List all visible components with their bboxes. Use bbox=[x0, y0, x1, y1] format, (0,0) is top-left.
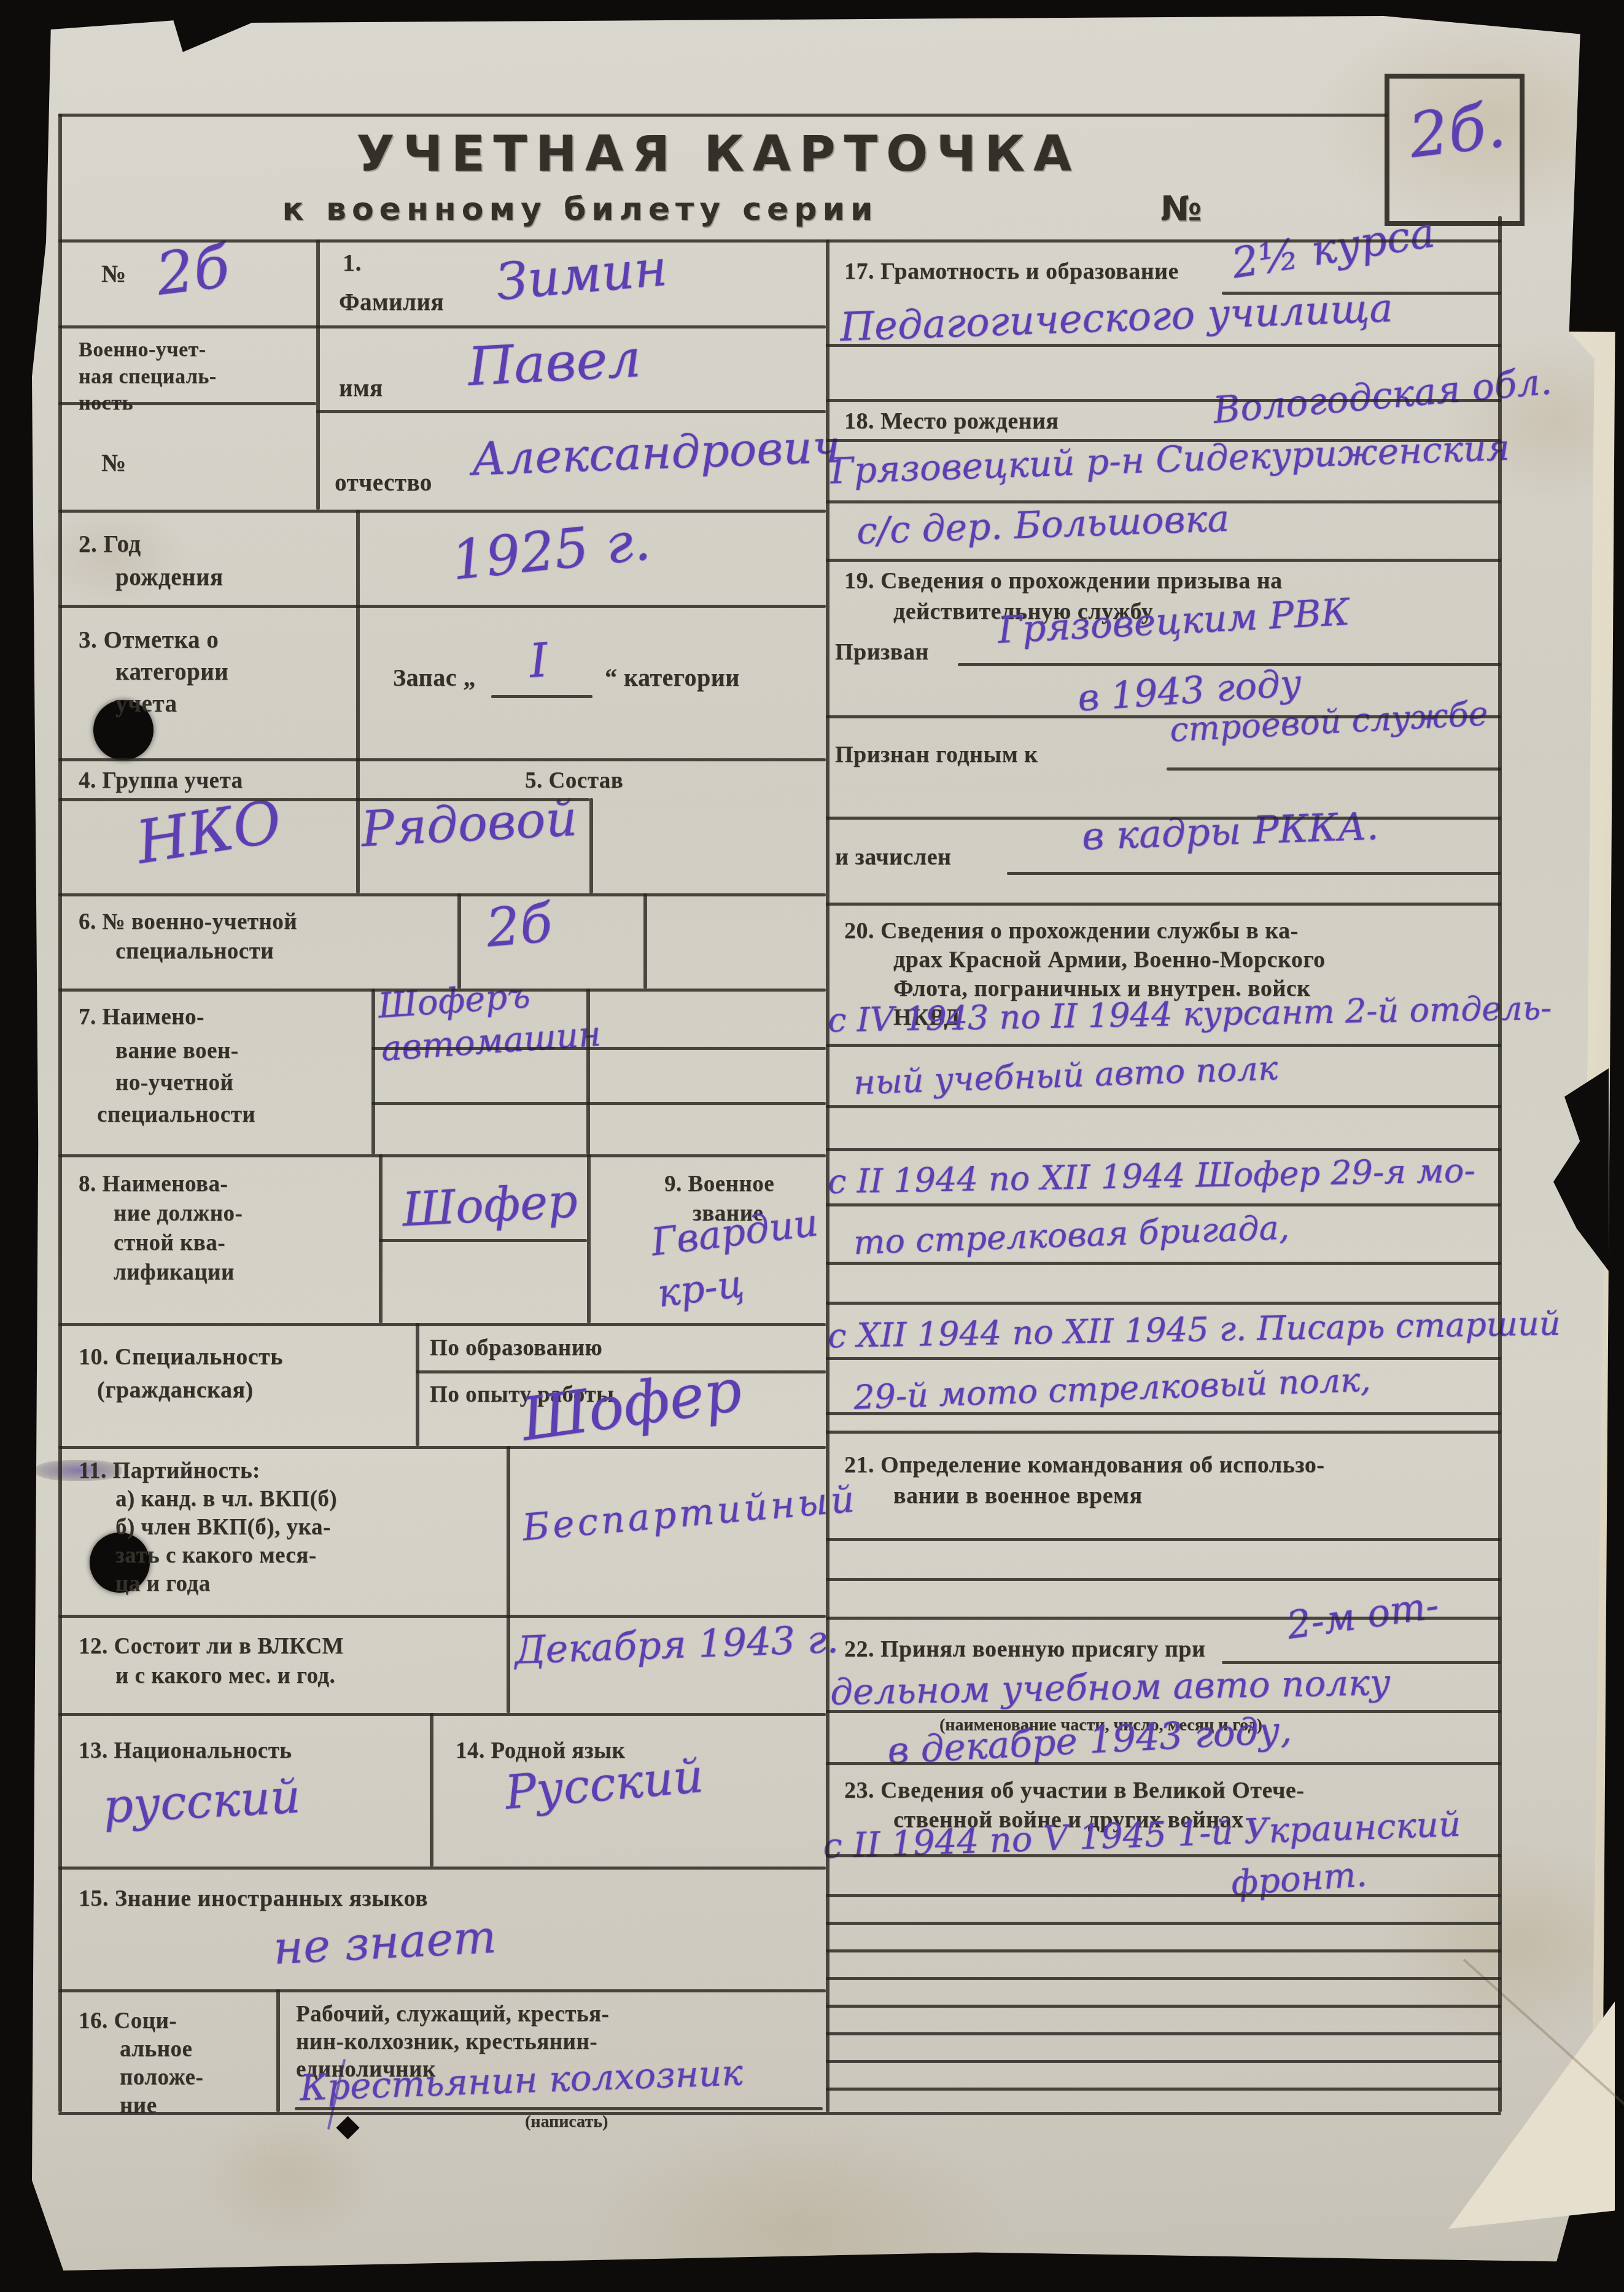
table-rule-horizontal bbox=[58, 402, 316, 405]
table-rule-horizontal bbox=[58, 605, 826, 608]
table-rule-horizontal bbox=[58, 1867, 826, 1870]
table-rule-horizontal bbox=[1222, 292, 1501, 295]
table-rule-horizontal bbox=[58, 1989, 826, 1992]
by-education-label: По образованию bbox=[430, 1334, 602, 1362]
table-rule-horizontal bbox=[826, 1617, 1501, 1620]
field20-label-line1: 20. Сведения о прохождении службы в ка- bbox=[844, 916, 1299, 946]
table-rule-horizontal bbox=[1222, 1661, 1501, 1664]
field11-label-line1: 11. Партийность: bbox=[79, 1456, 260, 1485]
table-rule-horizontal bbox=[826, 1262, 1501, 1265]
reg-no-label: № bbox=[101, 258, 126, 289]
field16-label-line4: ние bbox=[120, 2091, 157, 2120]
table-rule-vertical bbox=[316, 239, 320, 510]
table-rule-vertical bbox=[507, 1446, 510, 1713]
field18-label: 18. Место рождения bbox=[844, 406, 1059, 437]
field12-label-line1: 12. Состоит ли в ВЛКСМ bbox=[79, 1632, 344, 1661]
field3-label-line1: 3. Отметка о bbox=[79, 625, 219, 656]
table-rule-vertical bbox=[457, 893, 461, 989]
table-rule-horizontal bbox=[826, 817, 1501, 820]
table-rule-horizontal bbox=[826, 903, 1501, 906]
field2-label-line1: 2. Год bbox=[79, 529, 141, 560]
series-number-sign: № bbox=[1160, 187, 1207, 231]
field8-label-line1: 8. Наименова- bbox=[79, 1170, 228, 1198]
table-rule-horizontal bbox=[58, 114, 1388, 117]
table-rule-horizontal bbox=[371, 1047, 826, 1050]
field16-label-line1: 16. Соци- bbox=[79, 2006, 177, 2035]
table-rule-horizontal bbox=[826, 1203, 1501, 1206]
table-rule-vertical bbox=[826, 239, 829, 2112]
patronymic-label: отчество bbox=[335, 468, 432, 499]
table-rule-horizontal bbox=[58, 989, 826, 992]
table-rule-vertical bbox=[586, 989, 590, 1154]
table-rule-horizontal bbox=[826, 399, 1501, 402]
table-rule-vertical bbox=[58, 114, 62, 2112]
table-rule-horizontal bbox=[58, 239, 1501, 243]
field21-label-line1: 21. Определение командования об использо… bbox=[844, 1450, 1325, 1480]
table-rule-horizontal bbox=[826, 1949, 1501, 1952]
zapas-label: Запас „ bbox=[393, 662, 476, 693]
table-rule-horizontal bbox=[58, 1323, 826, 1326]
table-rule-horizontal bbox=[58, 1615, 826, 1618]
table-rule-horizontal bbox=[958, 663, 1501, 666]
field17-label: 17. Грамотность и образование bbox=[844, 257, 1179, 287]
table-rule-horizontal bbox=[58, 510, 826, 513]
field7-label-line1: 7. Наимено- bbox=[79, 1002, 204, 1033]
field10-label-line2: (гражданская) bbox=[97, 1375, 254, 1405]
card-title: УЧЕТНАЯ КАРТОЧКА bbox=[58, 123, 1378, 185]
table-rule-vertical bbox=[276, 1989, 280, 2112]
table-rule-horizontal bbox=[826, 439, 1501, 442]
table-rule-horizontal bbox=[826, 1044, 1501, 1047]
table-rule-vertical bbox=[643, 893, 647, 989]
vus-number-value: 2б bbox=[484, 891, 555, 962]
table-rule-horizontal bbox=[826, 1922, 1501, 1925]
table-rule-horizontal bbox=[379, 1239, 587, 1242]
kategorii-label: “ категории bbox=[605, 662, 740, 693]
table-rule-horizontal bbox=[826, 715, 1501, 718]
military-rank-value: Гвардии кр-ц bbox=[648, 1197, 827, 1319]
table-rule-horizontal bbox=[58, 893, 826, 896]
field8-label-line3: стной ква- bbox=[114, 1229, 225, 1257]
field6-label-line2: специальности bbox=[115, 937, 274, 966]
table-rule-vertical bbox=[589, 798, 593, 893]
field7-label-line2: вание воен- bbox=[115, 1036, 239, 1065]
zachislen-label: и зачислен bbox=[835, 842, 951, 872]
table-rule-horizontal bbox=[826, 1894, 1501, 1897]
table-rule-horizontal bbox=[826, 1854, 1501, 1857]
field11-label-line3: б) член ВКП(б), ука- bbox=[115, 1513, 331, 1542]
table-rule-horizontal bbox=[826, 1302, 1501, 1305]
table-rule-horizontal bbox=[58, 758, 826, 761]
field12-label-line2: и с какого мес. и год. bbox=[115, 1661, 335, 1690]
field9-label-line1: 9. Военное bbox=[664, 1170, 774, 1198]
scanned-military-card: УЧЕТНАЯ КАРТОЧКА к военному билету серии… bbox=[0, 0, 1624, 2292]
godnym-label: Признан годным к bbox=[835, 740, 1038, 770]
table-rule-vertical bbox=[587, 1154, 591, 1323]
surname-label: Фамилия bbox=[339, 287, 444, 318]
table-rule-horizontal bbox=[826, 500, 1501, 503]
field15-label: 15. Знание иностранных языков bbox=[79, 1884, 428, 1914]
table-rule-vertical bbox=[356, 510, 360, 893]
field11-label-line5: ца и года bbox=[115, 1569, 211, 1598]
vus-box-number-sign: № bbox=[101, 447, 126, 478]
table-rule-horizontal bbox=[826, 1578, 1501, 1581]
table-rule-horizontal bbox=[58, 2112, 1501, 2115]
table-rule-horizontal bbox=[416, 1370, 826, 1373]
table-rule-horizontal bbox=[58, 1154, 826, 1157]
field10-label-line1: 10. Специальность bbox=[79, 1342, 283, 1372]
table-rule-horizontal bbox=[316, 410, 826, 413]
reg-no-value: 2б bbox=[152, 230, 233, 311]
table-rule-horizontal bbox=[826, 1412, 1501, 1415]
field1-number: 1. bbox=[343, 247, 362, 278]
qualification-value: Шофер bbox=[401, 1171, 579, 1239]
table-rule-horizontal bbox=[58, 325, 826, 328]
field8-label-line4: лификации bbox=[114, 1258, 235, 1287]
field21-label-line2: вании в военное время bbox=[893, 1481, 1142, 1511]
field3-label-line3: учета bbox=[115, 689, 177, 720]
table-rule-horizontal bbox=[826, 1538, 1501, 1541]
field16-label-line3: положе- bbox=[120, 2063, 203, 2092]
field11-label-line4: зать с какого меся- bbox=[115, 1541, 317, 1570]
table-rule-horizontal bbox=[826, 1977, 1501, 1980]
name-value: Павел bbox=[466, 326, 642, 401]
field4-label: 4. Группа учета bbox=[79, 766, 243, 795]
field16-label-line2: альное bbox=[120, 2035, 192, 2064]
field7-label-line3: но-учетной bbox=[115, 1068, 233, 1097]
table-rule-horizontal bbox=[1007, 872, 1501, 875]
field22-label: 22. Принял военную присягу при bbox=[844, 1634, 1205, 1665]
table-rule-horizontal bbox=[58, 798, 589, 801]
field8-label-line2: ние должно- bbox=[114, 1199, 243, 1228]
name-label: имя bbox=[339, 373, 383, 404]
table-rule-vertical bbox=[371, 989, 375, 1154]
table-rule-horizontal bbox=[58, 1713, 826, 1716]
table-rule-horizontal bbox=[826, 1762, 1501, 1765]
field11-label-line2: а) канд. в чл. ВКП(б) bbox=[115, 1485, 337, 1513]
table-rule-vertical bbox=[1498, 216, 1502, 2112]
zapas-blank-rule bbox=[491, 695, 592, 698]
table-rule-horizontal bbox=[826, 1105, 1501, 1108]
field19-label-line1: 19. Сведения о прохождении призыва на bbox=[844, 566, 1283, 596]
table-rule-horizontal bbox=[826, 2060, 1501, 2063]
table-rule-vertical bbox=[379, 1154, 383, 1323]
table-rule-horizontal bbox=[826, 1431, 1501, 1434]
table-rule-vertical bbox=[416, 1323, 419, 1446]
table-rule-horizontal bbox=[826, 344, 1501, 347]
prizvan-label: Призван bbox=[835, 637, 929, 667]
table-rule-horizontal bbox=[826, 559, 1501, 562]
foreign-languages-value: не знает bbox=[272, 1909, 498, 1977]
vus-name-value: Шоферъ автомашин bbox=[377, 970, 603, 1071]
field23-label-line1: 23. Сведения об участии в Великой Отече- bbox=[844, 1776, 1304, 1806]
table-rule-horizontal bbox=[58, 1446, 826, 1449]
table-rule-horizontal bbox=[826, 1148, 1501, 1151]
table-rule-vertical bbox=[430, 1713, 433, 1867]
table-rule-horizontal bbox=[826, 1357, 1501, 1360]
field13-label: 13. Национальность bbox=[79, 1736, 292, 1765]
table-rule-horizontal bbox=[826, 1710, 1501, 1713]
card-subtitle: к военному билету серии bbox=[58, 189, 1102, 230]
table-rule-horizontal bbox=[1167, 767, 1501, 771]
table-rule-horizontal bbox=[295, 2107, 823, 2110]
card-paper bbox=[32, 16, 1604, 2271]
field7-label-line4: специальности bbox=[97, 1100, 255, 1129]
nationality-value: русский bbox=[102, 1767, 302, 1836]
table-rule-horizontal bbox=[826, 2032, 1501, 2035]
field6-label-line1: 6. № военно-учетной bbox=[79, 907, 297, 936]
table-rule-horizontal bbox=[371, 1102, 826, 1105]
field2-label-line2: рождения bbox=[115, 562, 223, 593]
field3-label-line2: категории bbox=[115, 657, 228, 688]
corner-number-value: 2б. bbox=[1405, 87, 1510, 174]
table-rule-horizontal bbox=[826, 2005, 1501, 2008]
table-rule-horizontal bbox=[826, 2088, 1501, 2091]
